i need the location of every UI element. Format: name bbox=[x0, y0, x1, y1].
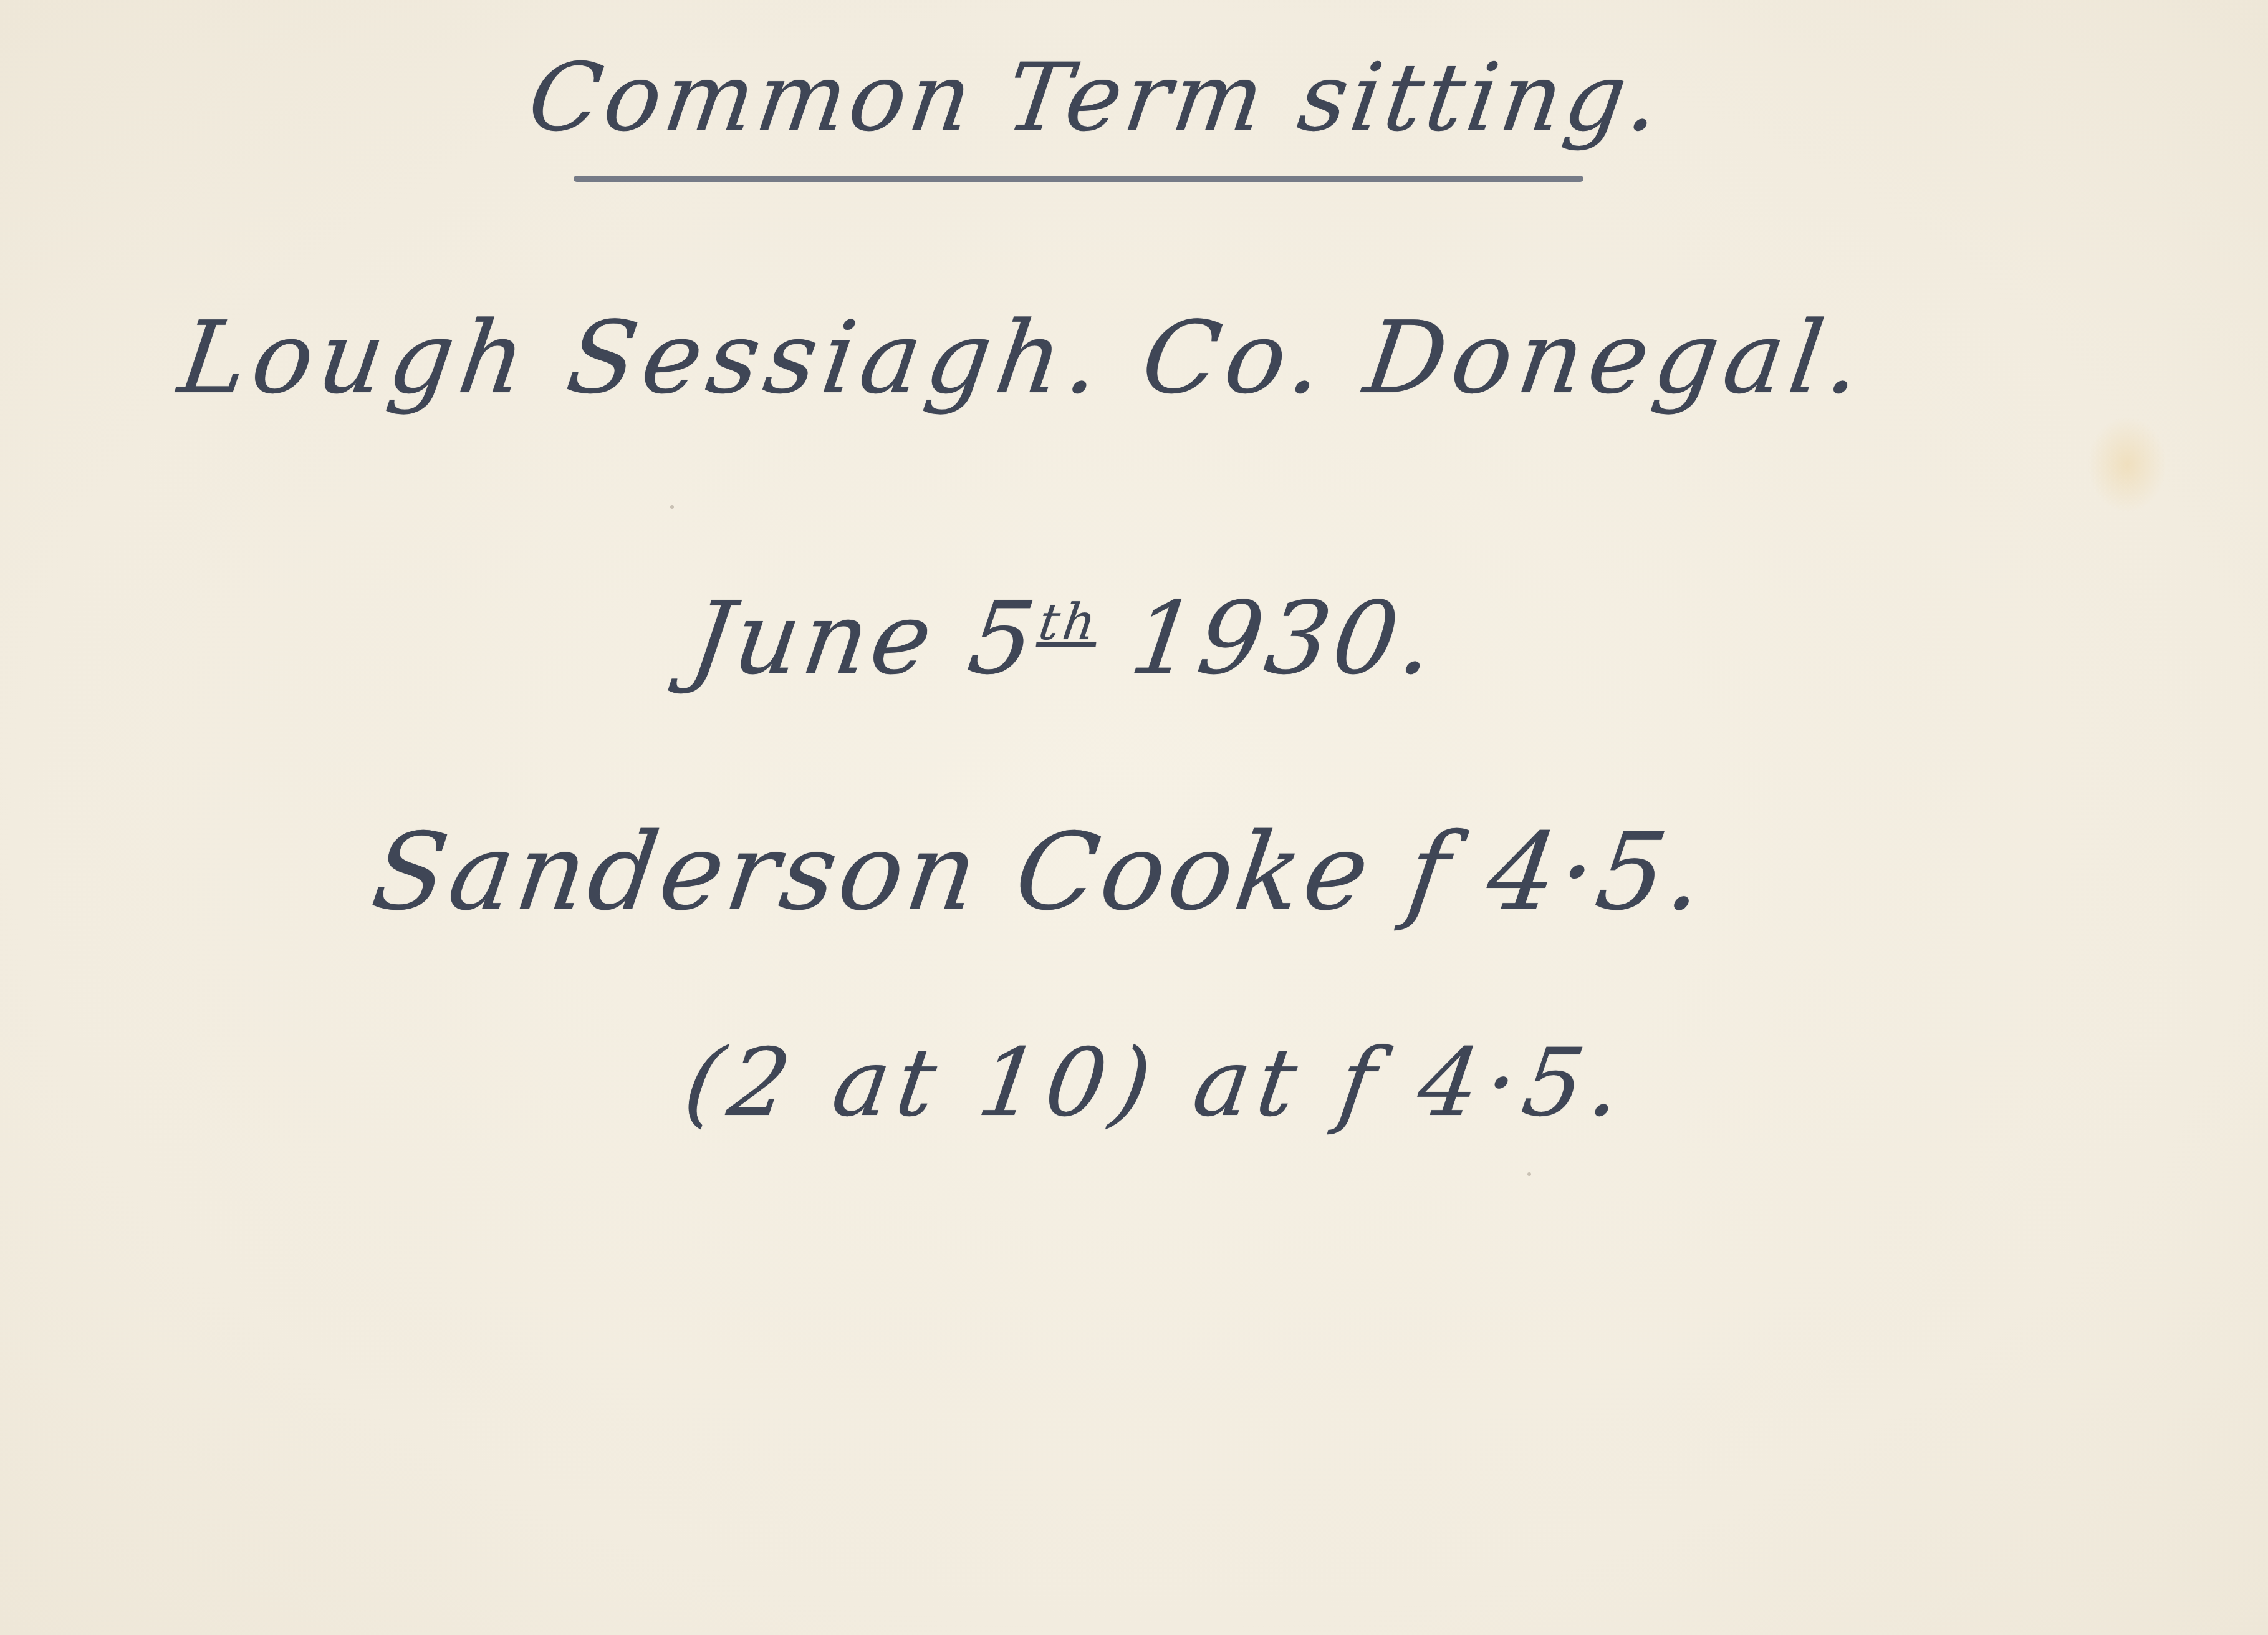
document-card: Common Term sitting. Lough Sessiagh. Co.… bbox=[0, 0, 2268, 1635]
date-ordinal: th bbox=[1035, 593, 1103, 651]
paper-speck bbox=[1527, 1172, 1531, 1176]
entry-line-1: Sanderson Cooke f 4·5. bbox=[365, 811, 1715, 934]
location-line: Lough Sessiagh. Co. Donegal. bbox=[173, 299, 1875, 416]
date-prefix: June 5 bbox=[684, 580, 1045, 697]
date-line: June 5th 1930. bbox=[684, 580, 1444, 697]
date-suffix: 1930. bbox=[1088, 580, 1444, 697]
title-heading: Common Term sitting. bbox=[522, 44, 1670, 152]
paper-speck bbox=[1072, 69, 1076, 72]
entry-line-2: (2 at 10) at f 4·5. bbox=[678, 1029, 1635, 1137]
paper-speck bbox=[670, 505, 674, 509]
title-underline bbox=[574, 176, 1583, 182]
